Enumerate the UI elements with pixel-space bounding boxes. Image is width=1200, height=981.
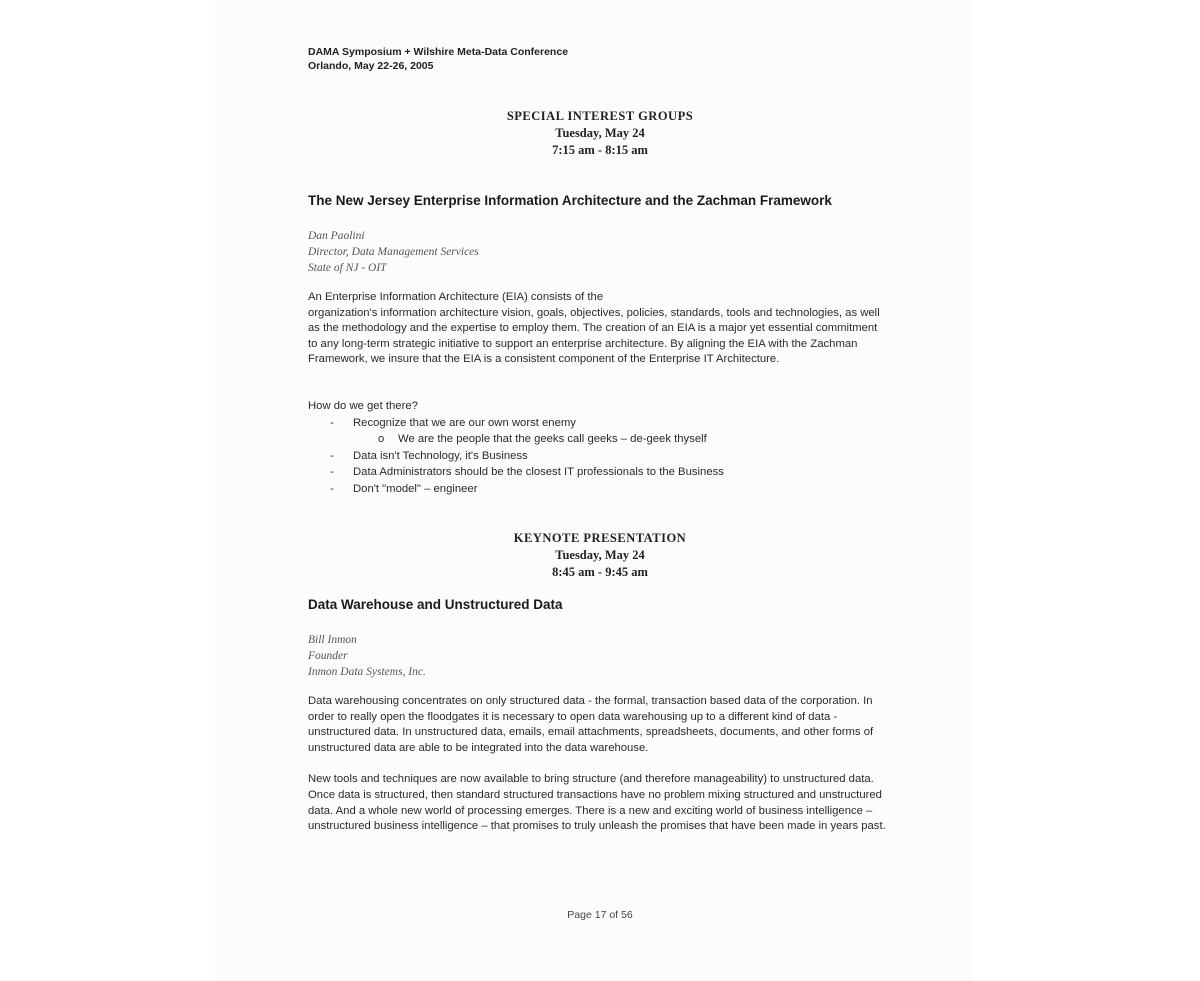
conference-location-date: Orlando, May 22-26, 2005 — [308, 59, 568, 73]
dash-bullet-icon: - — [330, 415, 334, 432]
speaker-org: Inmon Data Systems, Inc. — [308, 664, 426, 680]
circle-bullet-icon: o — [378, 431, 384, 448]
abstract-paragraph: An Enterprise Information Architecture (… — [308, 290, 888, 368]
speaker-role: Founder — [308, 648, 426, 664]
session-time: 7:15 am - 8:15 am — [400, 142, 800, 159]
speaker-byline: Dan Paolini Director, Data Management Se… — [308, 228, 479, 276]
dash-bullet-icon: - — [330, 481, 334, 498]
list-question: How do we get there? — [308, 398, 724, 415]
conference-header: DAMA Symposium + Wilshire Meta-Data Conf… — [308, 45, 568, 73]
session-title: The New Jersey Enterprise Information Ar… — [308, 193, 832, 208]
session-header-sig: SPECIAL INTEREST GROUPS Tuesday, May 24 … — [400, 108, 800, 159]
speaker-name: Dan Paolini — [308, 228, 479, 244]
session-abstract: Data warehousing concentrates on only st… — [308, 694, 888, 835]
session-abstract: An Enterprise Information Architecture (… — [308, 290, 888, 368]
conference-name: DAMA Symposium + Wilshire Meta-Data Conf… — [308, 45, 568, 59]
session-type: SPECIAL INTEREST GROUPS — [400, 108, 800, 125]
discussion-points: How do we get there? -Recognize that we … — [308, 398, 724, 497]
list-item: -Don't "model" – engineer — [308, 481, 724, 498]
list-item: -Data isn't Technology, it's Business — [308, 448, 724, 465]
speaker-org: State of NJ - OIT — [308, 260, 479, 276]
list-item: oWe are the people that the geeks call g… — [308, 431, 724, 448]
page-number: Page 17 of 56 — [540, 909, 660, 921]
list-item: -Data Administrators should be the close… — [308, 464, 724, 481]
session-type: KEYNOTE PRESENTATION — [400, 530, 800, 547]
session-time: 8:45 am - 9:45 am — [400, 564, 800, 581]
session-day: Tuesday, May 24 — [400, 547, 800, 564]
session-title: Data Warehouse and Unstructured Data — [308, 597, 563, 612]
abstract-paragraph: New tools and techniques are now availab… — [308, 772, 888, 834]
speaker-role: Director, Data Management Services — [308, 244, 479, 260]
dash-bullet-icon: - — [330, 464, 334, 481]
speaker-name: Bill Inmon — [308, 632, 426, 648]
dash-bullet-icon: - — [330, 448, 334, 465]
session-day: Tuesday, May 24 — [400, 125, 800, 142]
session-header-keynote: KEYNOTE PRESENTATION Tuesday, May 24 8:4… — [400, 530, 800, 581]
speaker-byline: Bill Inmon Founder Inmon Data Systems, I… — [308, 632, 426, 680]
list-item: -Recognize that we are our own worst ene… — [308, 415, 724, 432]
abstract-paragraph: Data warehousing concentrates on only st… — [308, 694, 888, 756]
